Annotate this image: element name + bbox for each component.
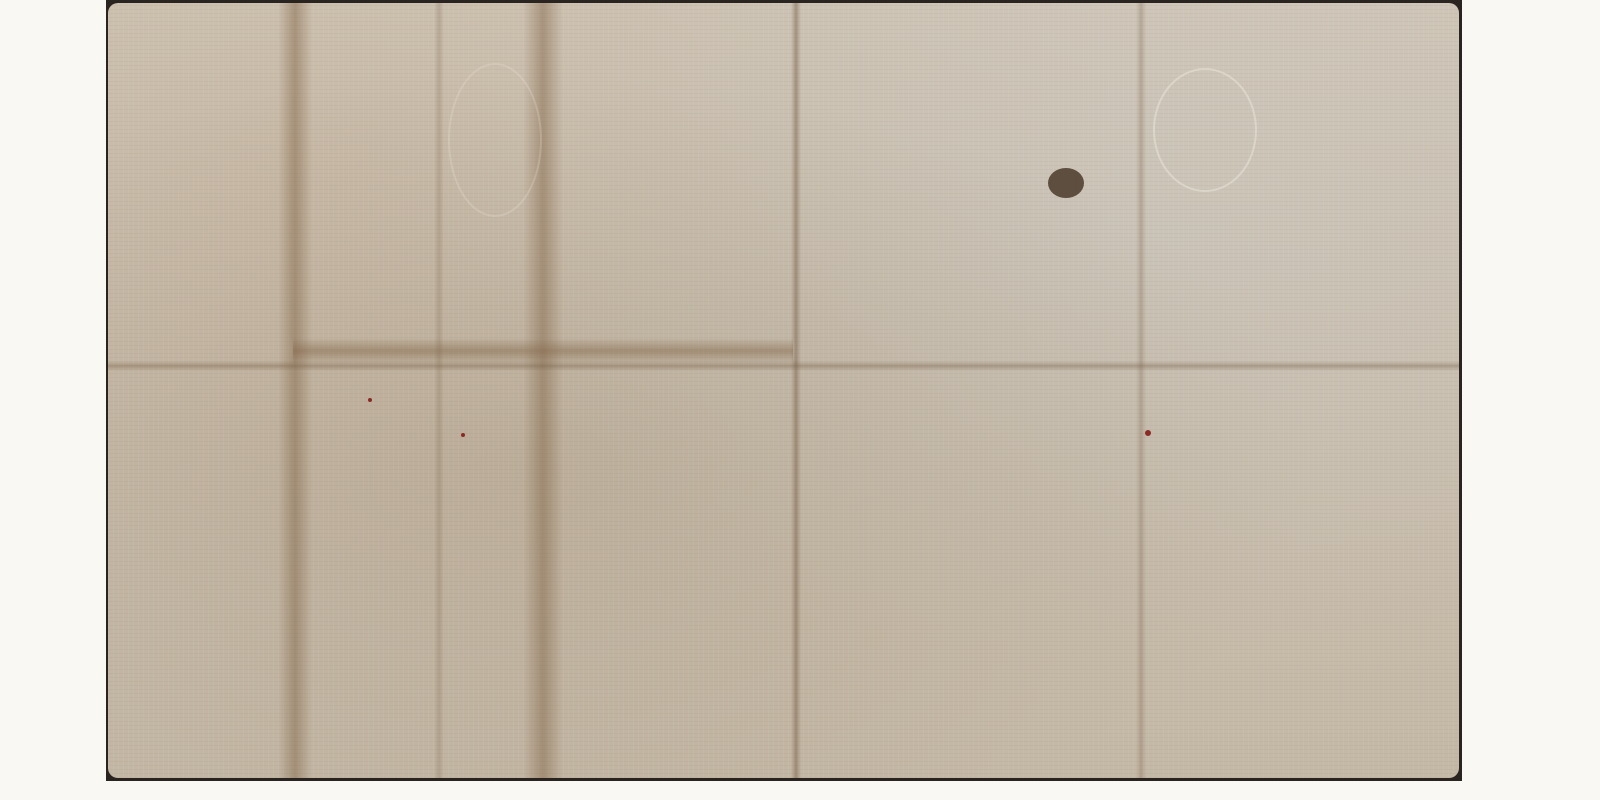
brown-stain-vertical-left: [278, 3, 312, 778]
banknote-reverse: [108, 3, 1459, 778]
vertical-fold-left: [434, 3, 444, 778]
red-fleck: [1145, 430, 1151, 436]
red-fleck: [461, 433, 465, 437]
vertical-fold-right: [1136, 3, 1146, 778]
faint-watermark-left: [448, 63, 542, 217]
dark-ink-spot: [1048, 168, 1084, 198]
horizontal-fold: [108, 361, 1459, 371]
red-fleck: [368, 398, 372, 402]
vertical-fold-center: [791, 3, 801, 778]
oval-watermark: [1153, 68, 1257, 192]
